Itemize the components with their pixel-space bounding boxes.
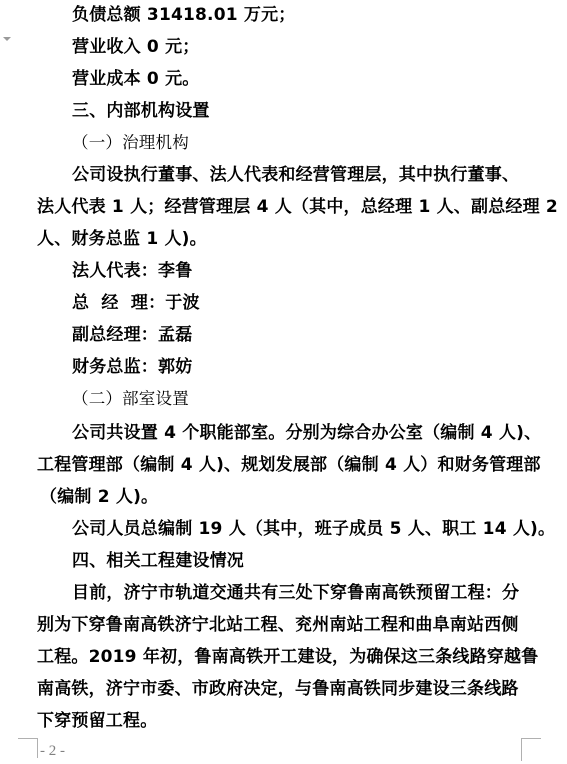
revenue-line: 营业收入 0 元； [72, 36, 562, 58]
paragraph-line: 公司设执行董事、法人代表和经营管理层，其中执行董事、 [72, 164, 562, 186]
paragraph-line: 法人代表 1 人；经营管理层 4 人（其中，总经理 1 人、副总经理 2 [37, 196, 527, 218]
page-number: - 2 - [40, 743, 65, 760]
liability-total-line: 负债总额 31418.01 万元； [72, 4, 562, 26]
paragraph-line: 工程管理部（编制 4 人)、规划发展部（编制 4 人）和财务管理部 [37, 454, 527, 476]
paragraph-line: 目前，济宁市轨道交通共有三处下穿鲁南高铁预留工程：分 [72, 582, 562, 604]
paragraph-line: 南高铁，济宁市委、市政府决定，与鲁南高铁同步建设三条线路 [37, 678, 527, 700]
page-corner-mark-right [521, 738, 541, 761]
page-corner-mark-left [18, 738, 38, 758]
section-heading-3: 三、内部机构设置 [72, 100, 562, 122]
subheading-departments: （二）部室设置 [72, 388, 562, 410]
document-page: 负债总额 31418.01 万元； 营业收入 0 元； 营业成本 0 元。 三、… [0, 0, 567, 764]
general-manager-line: 总 经 理：于波 [72, 292, 562, 314]
section-heading-4: 四、相关工程建设情况 [72, 550, 562, 572]
collapse-marker-icon[interactable] [3, 37, 11, 41]
paragraph-line: 工程。2019 年初，鲁南高铁开工建设，为确保这三条线路穿越鲁 [37, 646, 527, 668]
paragraph-line: 别为下穿鲁南高铁济宁北站工程、兖州南站工程和曲阜南站西侧 [37, 614, 527, 636]
subheading-governance: （一）治理机构 [72, 132, 562, 154]
paragraph-line: 下穿预留工程。 [37, 710, 527, 732]
staffing-line: 公司人员总编制 19 人（其中，班子成员 5 人、职工 14 人)。 [72, 518, 562, 540]
paragraph-line: （编制 2 人)。 [40, 486, 530, 508]
cost-line: 营业成本 0 元。 [72, 68, 562, 90]
legal-rep-line: 法人代表：李鲁 [72, 260, 562, 282]
paragraph-line: 人、财务总监 1 人)。 [37, 228, 527, 250]
cfo-line: 财务总监：郭妨 [72, 356, 562, 378]
deputy-gm-line: 副总经理：孟磊 [72, 324, 562, 346]
paragraph-line: 公司共设置 4 个职能部室。分别为综合办公室（编制 4 人)、 [72, 422, 562, 444]
